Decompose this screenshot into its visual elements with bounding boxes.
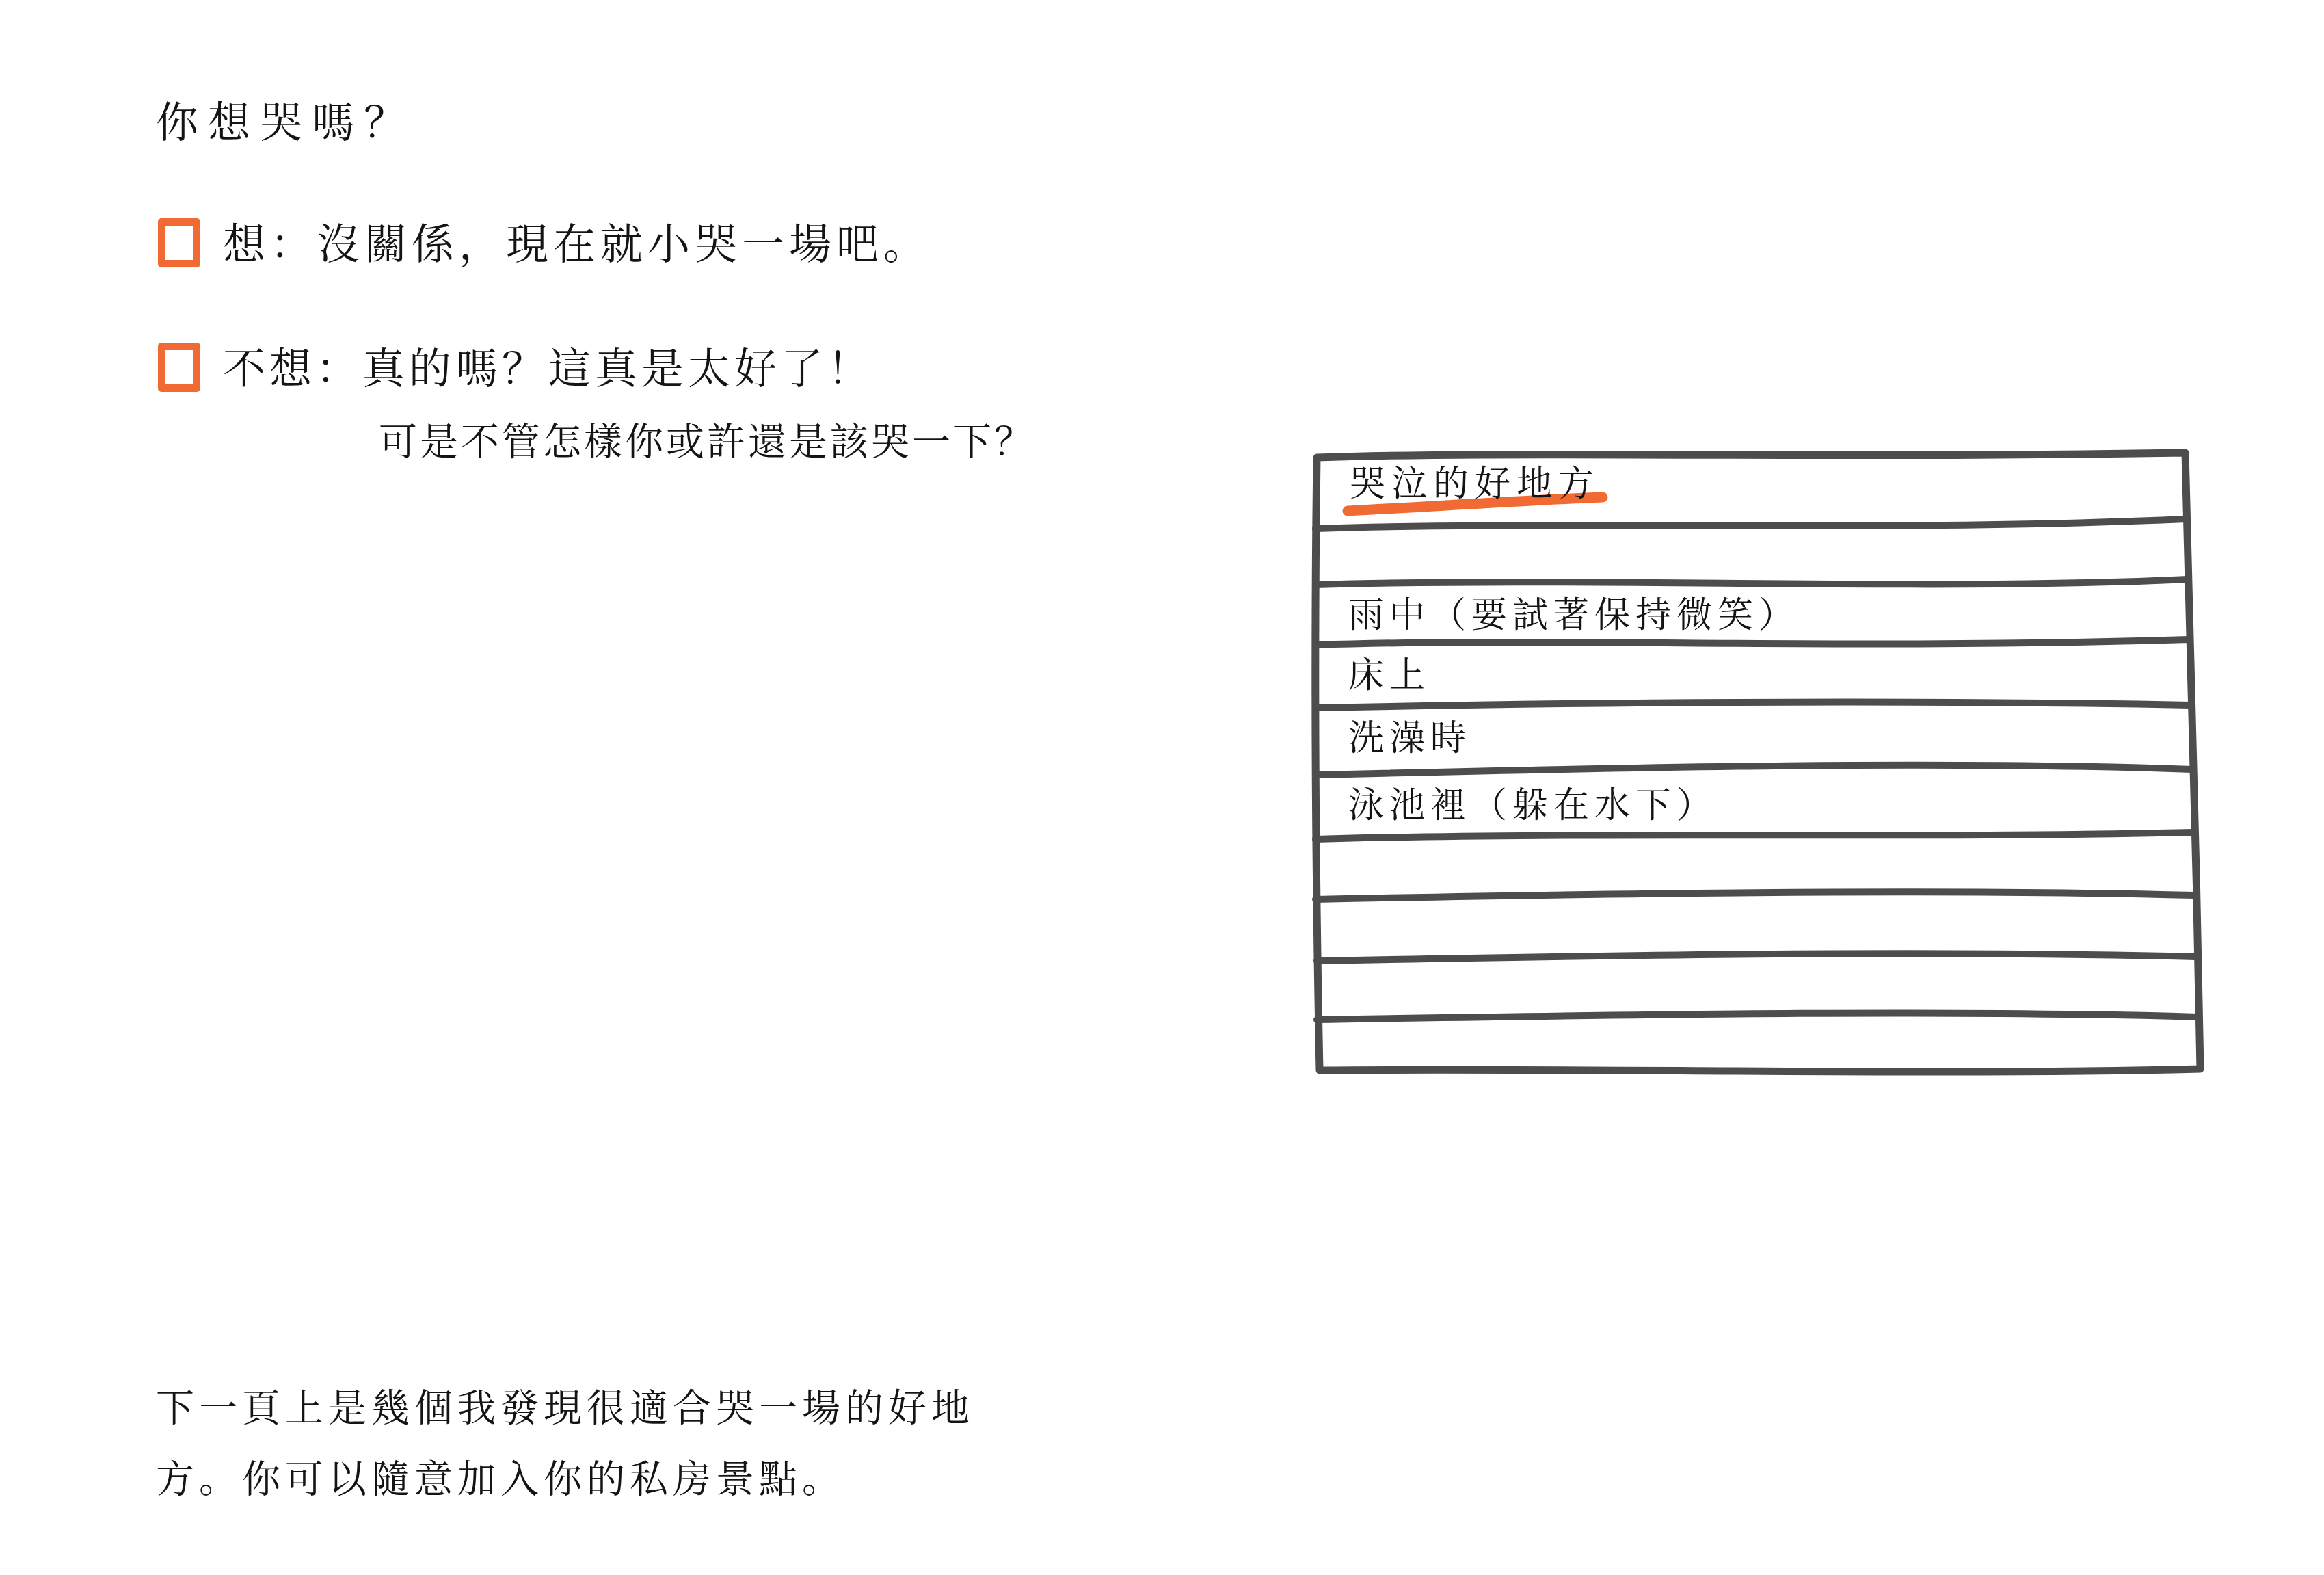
page-title: 你想哭嗎？ (156, 94, 416, 152)
option-not-want-text-line1: 不想：真的嗎？這真是太好了！ (223, 342, 874, 397)
footer-line-1: 下一頁上是幾個我發現很適合哭一場的好地 (156, 1386, 974, 1431)
checkbox-want[interactable] (158, 218, 200, 267)
footer-paragraph: 下一頁上是幾個我發現很適合哭一場的好地 方。你可以隨意加入你的私房景點。 (156, 1373, 974, 1516)
journal-page: 你想哭嗎？ 想：沒關係，現在就小哭一場吧。 不想：真的嗎？這真是太好了！ 可是不… (0, 0, 2324, 1575)
checkbox-not-want[interactable] (158, 343, 200, 392)
option-not-want-text-line2: 可是不管怎樣你或許還是該哭一下？ (379, 417, 1035, 468)
card-title: 哭泣的好地方 (1350, 463, 1600, 505)
option-want-text: 想：沒關係，現在就小哭一場吧。 (223, 217, 931, 272)
footer-line-2: 方。你可以隨意加入你的私房景點。 (156, 1457, 845, 1502)
crying-places-card: 哭泣的好地方 雨中（要試著保持微笑） 床上 洗澡時 泳池裡（躲在水下） (1310, 448, 2209, 1081)
card-row-bed: 床上 (1348, 654, 1430, 697)
card-frame-lines (1310, 448, 2209, 1081)
card-row-rain: 雨中（要試著保持微笑） (1348, 594, 1800, 637)
card-row-shower: 洗澡時 (1348, 717, 1471, 760)
card-row-pool: 泳池裡（躲在水下） (1348, 784, 1718, 827)
